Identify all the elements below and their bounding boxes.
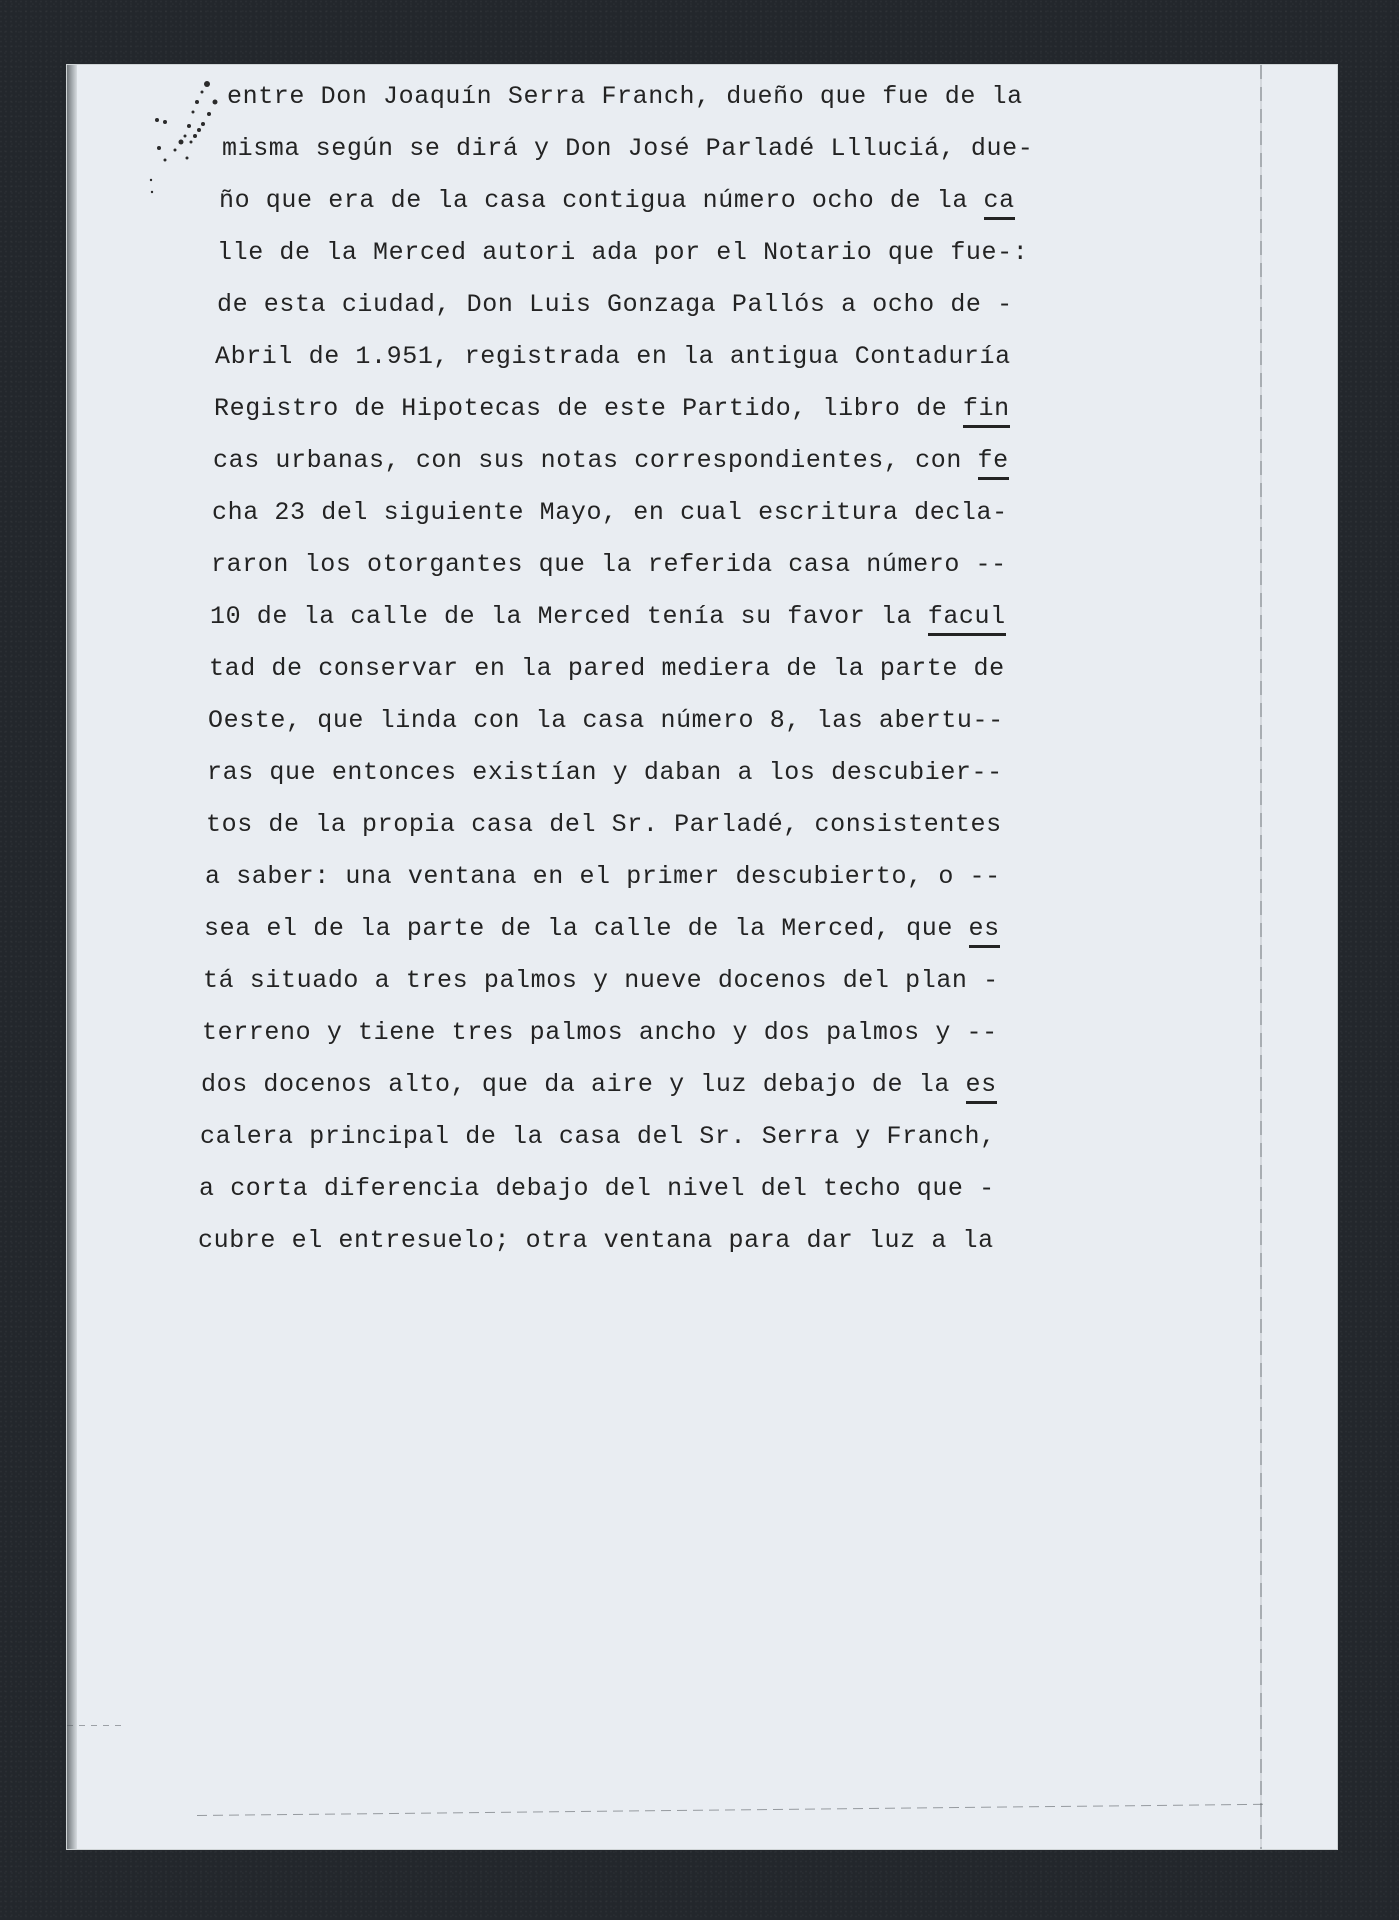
text-line-16: a saber: una ventana en el primer descub… xyxy=(205,862,1001,892)
text-line-2: misma según se dirá y Don José Parladé L… xyxy=(222,134,1033,164)
text-line-21: calera principal de la casa del Sr. Serr… xyxy=(200,1122,996,1152)
text-line-3-main: ño que era de la casa contigua número oc… xyxy=(219,186,984,215)
text-line-19: terreno y tiene tres palmos ancho y dos … xyxy=(202,1018,998,1048)
text-line-15: tos de la propia casa del Sr. Parladé, c… xyxy=(206,810,1002,840)
text-line-20: dos docenos alto, que da aire y luz deba… xyxy=(201,1070,997,1100)
text-line-1: entre Don Joaquín Serra Franch, dueño qu… xyxy=(227,82,1023,112)
text-line-11: 10 de la calle de la Merced tenía su fav… xyxy=(210,602,1006,632)
text-line-7: Registro de Hipotecas de este Partido, l… xyxy=(214,394,1010,424)
text-line-3: ño que era de la casa contigua número oc… xyxy=(219,186,1015,216)
typewritten-text-body: entre Don Joaquín Serra Franch, dueño qu… xyxy=(67,65,1337,1849)
text-line-5: de esta ciudad, Don Luis Gonzaga Pallós … xyxy=(217,290,1013,320)
text-line-7-main: Registro de Hipotecas de este Partido, l… xyxy=(214,394,963,423)
underlined-syllable: es xyxy=(969,914,1000,948)
text-line-10: raron los otorgantes que la referida cas… xyxy=(211,550,1007,580)
text-line-4: lle de la Merced autori ada por el Notar… xyxy=(217,238,1028,268)
underlined-syllable: ca xyxy=(984,186,1015,220)
text-line-8-main: cas urbanas, con sus notas correspondien… xyxy=(213,446,978,475)
text-line-22: a corta diferencia debajo del nivel del … xyxy=(199,1174,995,1204)
text-line-20-main: dos docenos alto, que da aire y luz deba… xyxy=(201,1070,966,1099)
text-line-23: cubre el entresuelo; otra ventana para d… xyxy=(198,1226,994,1256)
text-line-13: Oeste, que linda con la casa número 8, l… xyxy=(208,706,1004,736)
text-line-17: sea el de la parte de la calle de la Mer… xyxy=(204,914,1000,944)
underlined-syllable: es xyxy=(966,1070,997,1104)
text-line-18: tá situado a tres palmos y nueve docenos… xyxy=(203,966,999,996)
text-line-11-main: 10 de la calle de la Merced tenía su fav… xyxy=(210,602,928,631)
underlined-syllable: fe xyxy=(978,446,1009,480)
underlined-syllable: facul xyxy=(928,602,1006,636)
text-line-6: Abril de 1.951, registrada en la antigua… xyxy=(215,342,1011,372)
text-line-17-main: sea el de la parte de la calle de la Mer… xyxy=(204,914,969,943)
text-line-14: ras que entonces existían y daban a los … xyxy=(207,758,1003,788)
document-page: entre Don Joaquín Serra Franch, dueño qu… xyxy=(67,65,1337,1849)
text-line-8: cas urbanas, con sus notas correspondien… xyxy=(213,446,1009,476)
text-line-9: cha 23 del siguiente Mayo, en cual escri… xyxy=(212,498,1008,528)
underlined-syllable: fin xyxy=(963,394,1010,428)
text-line-12: tad de conservar en la pared mediera de … xyxy=(209,654,1005,684)
